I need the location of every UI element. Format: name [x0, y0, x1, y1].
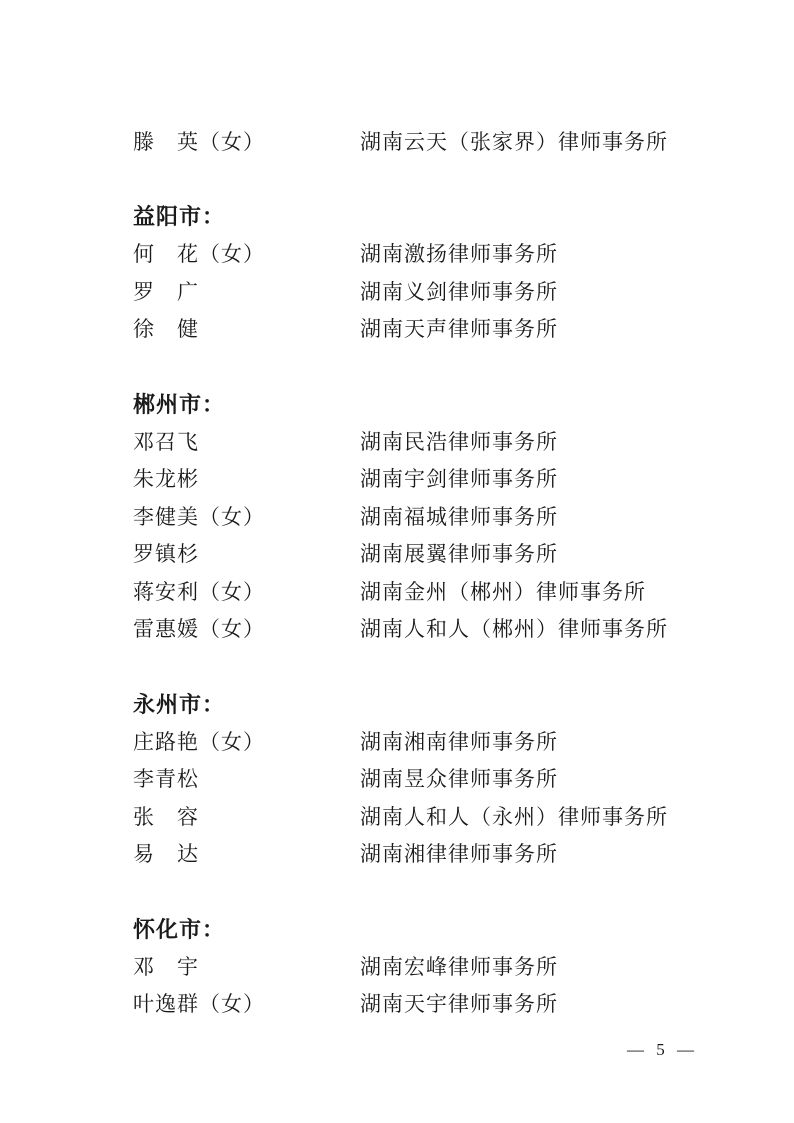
law-firm-name: 湖南金州（郴州）律师事务所	[360, 576, 646, 606]
lawyer-entry-row: 张 容 湖南人和人（永州）律师事务所	[133, 797, 733, 835]
city-section-header: 永州市：	[133, 685, 733, 723]
lawyer-entry-row: 邓召飞 湖南民浩律师事务所	[133, 422, 733, 460]
lawyer-name: 邓 宇	[133, 951, 360, 981]
lawyer-entry-row: 李健美（女） 湖南福城律师事务所	[133, 497, 733, 535]
lawyer-entry-row: 罗镇杉 湖南展翼律师事务所	[133, 535, 733, 573]
lawyer-list: 滕 英（女） 湖南云天（张家界）律师事务所 益阳市： 何 花（女） 湖南激扬律师…	[133, 122, 733, 1022]
lawyer-name: 易 达	[133, 838, 360, 868]
lawyer-entry-row: 蒋安利（女） 湖南金州（郴州）律师事务所	[133, 572, 733, 610]
lawyer-name: 滕 英（女）	[133, 126, 360, 156]
page-number: — 5 —	[627, 1040, 698, 1060]
law-firm-name: 湖南云天（张家界）律师事务所	[360, 126, 668, 156]
lawyer-name: 蒋安利（女）	[133, 576, 360, 606]
lawyer-entry-row: 邓 宇 湖南宏峰律师事务所	[133, 947, 733, 985]
lawyer-name: 徐 健	[133, 313, 360, 343]
lawyer-name: 李健美（女）	[133, 501, 360, 531]
blank-line	[133, 347, 733, 385]
lawyer-name: 叶逸群（女）	[133, 988, 360, 1018]
lawyer-name: 罗镇杉	[133, 538, 360, 568]
lawyer-name: 张 容	[133, 801, 360, 831]
law-firm-name: 湖南人和人（郴州）律师事务所	[360, 613, 668, 643]
law-firm-name: 湖南义剑律师事务所	[360, 276, 558, 306]
city-section-header: 益阳市：	[133, 197, 733, 235]
law-firm-name: 湖南昱众律师事务所	[360, 763, 558, 793]
lawyer-name: 雷惠媛（女）	[133, 613, 360, 643]
blank-line	[133, 647, 733, 685]
lawyer-name: 何 花（女）	[133, 238, 360, 268]
law-firm-name: 湖南湘律律师事务所	[360, 838, 558, 868]
lawyer-entry-row: 滕 英（女） 湖南云天（张家界）律师事务所	[133, 122, 733, 160]
lawyer-entry-row: 何 花（女） 湖南激扬律师事务所	[133, 235, 733, 273]
law-firm-name: 湖南民浩律师事务所	[360, 426, 558, 456]
law-firm-name: 湖南激扬律师事务所	[360, 238, 558, 268]
lawyer-entry-row: 李青松 湖南昱众律师事务所	[133, 760, 733, 798]
law-firm-name: 湖南展翼律师事务所	[360, 538, 558, 568]
law-firm-name: 湖南天宇律师事务所	[360, 988, 558, 1018]
law-firm-name: 湖南湘南律师事务所	[360, 726, 558, 756]
law-firm-name: 湖南天声律师事务所	[360, 313, 558, 343]
lawyer-entry-row: 雷惠媛（女） 湖南人和人（郴州）律师事务所	[133, 610, 733, 648]
lawyer-entry-row: 罗 广 湖南义剑律师事务所	[133, 272, 733, 310]
lawyer-entry-row: 朱龙彬 湖南宇剑律师事务所	[133, 460, 733, 498]
lawyer-name: 邓召飞	[133, 426, 360, 456]
lawyer-entry-row: 易 达 湖南湘律律师事务所	[133, 835, 733, 873]
city-section-header: 郴州市：	[133, 385, 733, 423]
law-firm-name: 湖南宇剑律师事务所	[360, 463, 558, 493]
law-firm-name: 湖南人和人（永州）律师事务所	[360, 801, 668, 831]
lawyer-name: 李青松	[133, 763, 360, 793]
lawyer-name: 朱龙彬	[133, 463, 360, 493]
lawyer-name: 罗 广	[133, 276, 360, 306]
city-section-header: 怀化市：	[133, 910, 733, 948]
blank-line	[133, 872, 733, 910]
law-firm-name: 湖南福城律师事务所	[360, 501, 558, 531]
lawyer-entry-row: 庄路艳（女） 湖南湘南律师事务所	[133, 722, 733, 760]
lawyer-entry-row: 叶逸群（女） 湖南天宇律师事务所	[133, 985, 733, 1023]
document-page: 滕 英（女） 湖南云天（张家界）律师事务所 益阳市： 何 花（女） 湖南激扬律师…	[0, 0, 794, 1123]
law-firm-name: 湖南宏峰律师事务所	[360, 951, 558, 981]
blank-line	[133, 160, 733, 198]
lawyer-name: 庄路艳（女）	[133, 726, 360, 756]
lawyer-entry-row: 徐 健 湖南天声律师事务所	[133, 310, 733, 348]
